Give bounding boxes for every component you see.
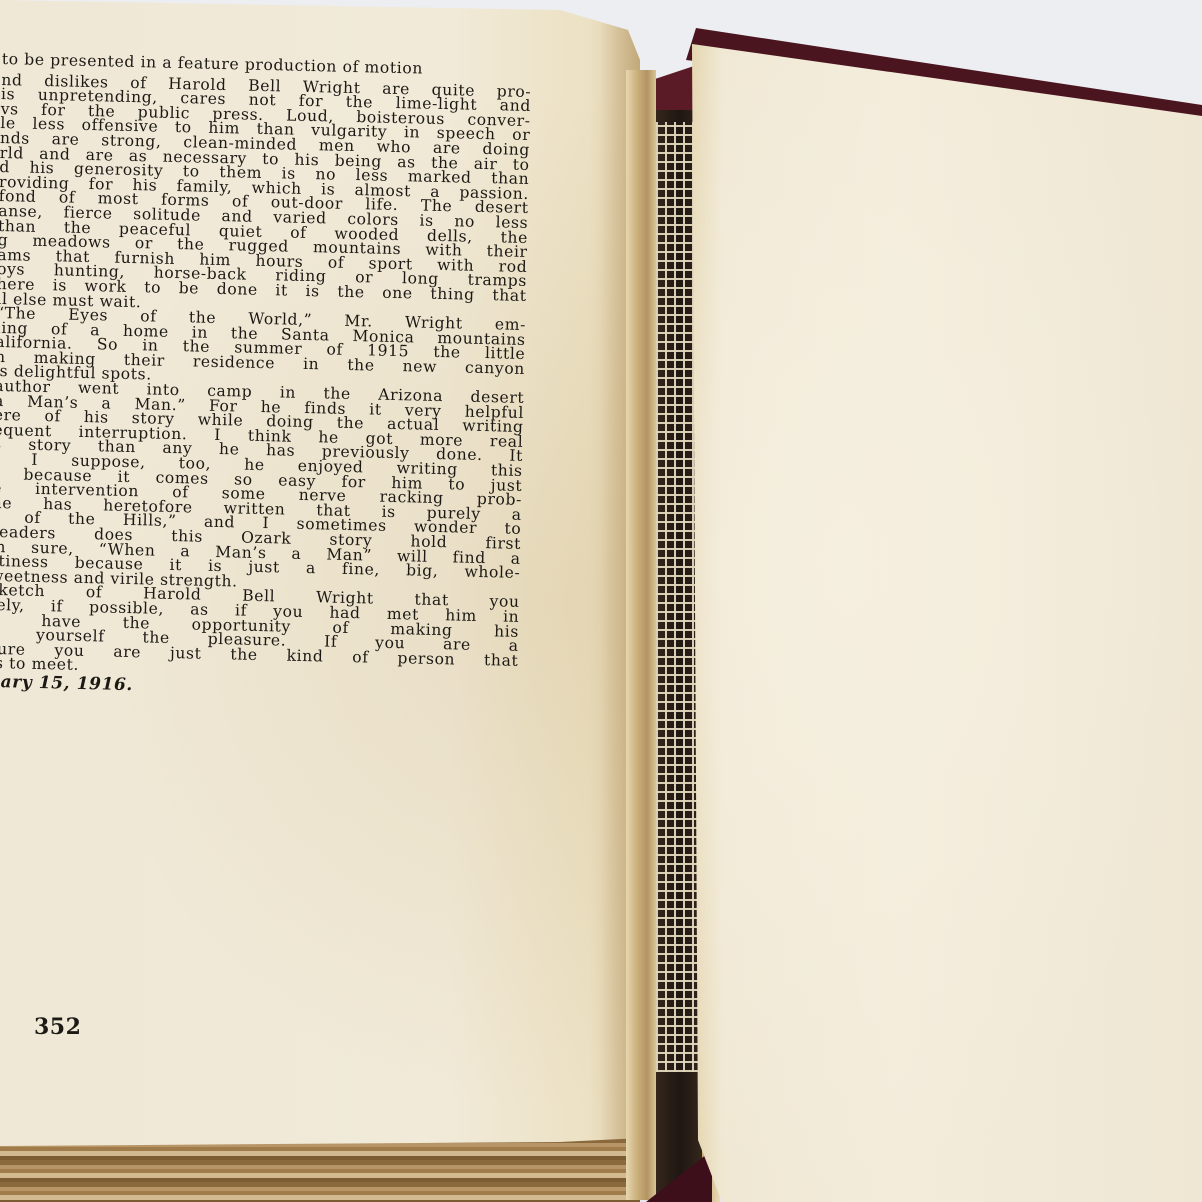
glue-strip [626, 70, 656, 1200]
right-blank-endpaper [692, 40, 1202, 1202]
photo-background: to be presented in a feature production … [0, 0, 1202, 1202]
page-number: 352 [34, 1014, 81, 1040]
left-page: to be presented in a feature production … [0, 0, 640, 1202]
page-edges-stack [0, 1138, 640, 1202]
page-text-block: to be presented in a feature production … [0, 52, 532, 701]
